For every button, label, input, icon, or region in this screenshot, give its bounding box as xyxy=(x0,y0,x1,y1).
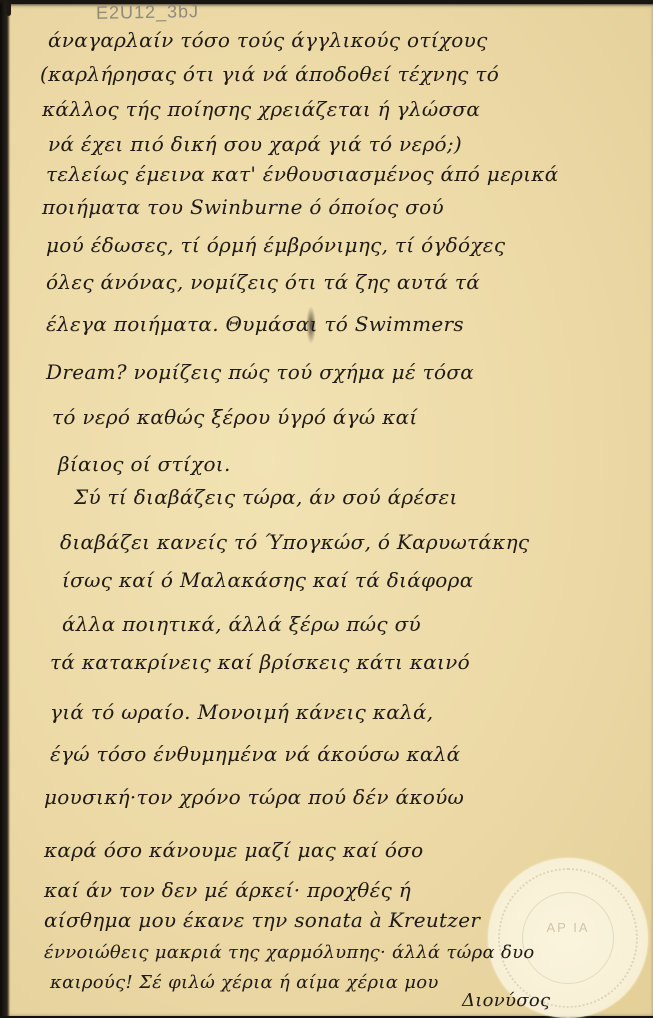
text-line: τό νερό καθώς ξέρου ύγρό άγώ καί xyxy=(52,405,418,429)
text-line: ίσως καί ό Μαλακάσης καί τά διάφορα xyxy=(62,568,474,592)
text-line: όλες άνόνας, νομίζεις ότι τά ζης αυτά τά xyxy=(46,270,480,294)
text-line: έννοιώθεις μακριά της χαρμόλυπης· άλλά τ… xyxy=(44,942,535,963)
text-line: άναγαρλαίν τόσο τούς άγγλικούς οτίχους xyxy=(48,28,488,52)
text-line: βίαιος οί στίχοι. xyxy=(58,452,231,476)
signature: Διονύσος xyxy=(462,990,550,1011)
text-line: καί άν τον δεν μέ άρκεί· προχθές ή xyxy=(44,878,411,902)
text-line: Σύ τί διαβάζεις τώρα, άν σού άρέσει xyxy=(74,485,458,509)
text-line: ποιήματα του Swinburne ό όποίος σού xyxy=(42,195,444,219)
text-line: νά έχει πιό δική σου χαρά γιά τό νερό;) xyxy=(48,132,462,156)
text-line: τά κατακρίνεις καί βρίσκεις κάτι καινό xyxy=(50,650,470,674)
text-line: τελείως έμεινα κατ' ένθουσιασμένος άπό μ… xyxy=(46,162,559,186)
text-line: έγώ τόσο ένθυμημένα νά άκούσω καλά xyxy=(50,742,461,766)
text-line: καιρούς! Σέ φιλώ χέρια ή αίμα χέρια μου xyxy=(50,972,439,993)
text-line: άλλα ποιητικά, άλλά ξέρω πώς σύ xyxy=(62,612,421,636)
text-line: Dream? νομίζεις πώς τού σχήμα μέ τόσα xyxy=(46,360,474,384)
text-line: (καρλήρησας ότι γιά νά άποδοθεί τέχνης τ… xyxy=(40,62,499,86)
text-line: έλεγα ποιήματα. Θυμάσαι τό Swimmers xyxy=(46,312,464,336)
text-line: μού έδωσες, τί όρμή έμβρόνιμης, τί όγδόχ… xyxy=(46,233,505,257)
text-line: μουσική·τον χρόνο τώρα πού δέν άκούω xyxy=(44,785,464,809)
text-line: κάλλος τής ποίησης χρειάζεται ή γλώσσα xyxy=(42,97,480,121)
text-line: διαβάζει κανείς τό Ύπογκώσ, ό Καρυωτάκης xyxy=(60,530,529,554)
handwritten-text-body: άναγαρλαίν τόσο τούς άγγλικούς οτίχους (… xyxy=(0,0,653,1016)
text-line: αίσθημα μου έκανε την sonata à Kreutzer xyxy=(44,908,480,932)
text-line: γιά τό ωραίο. Μονοιμή κάνεις καλά, xyxy=(50,700,433,724)
text-line: καρά όσο κάνουμε μαζί μας καί όσο xyxy=(44,838,423,862)
